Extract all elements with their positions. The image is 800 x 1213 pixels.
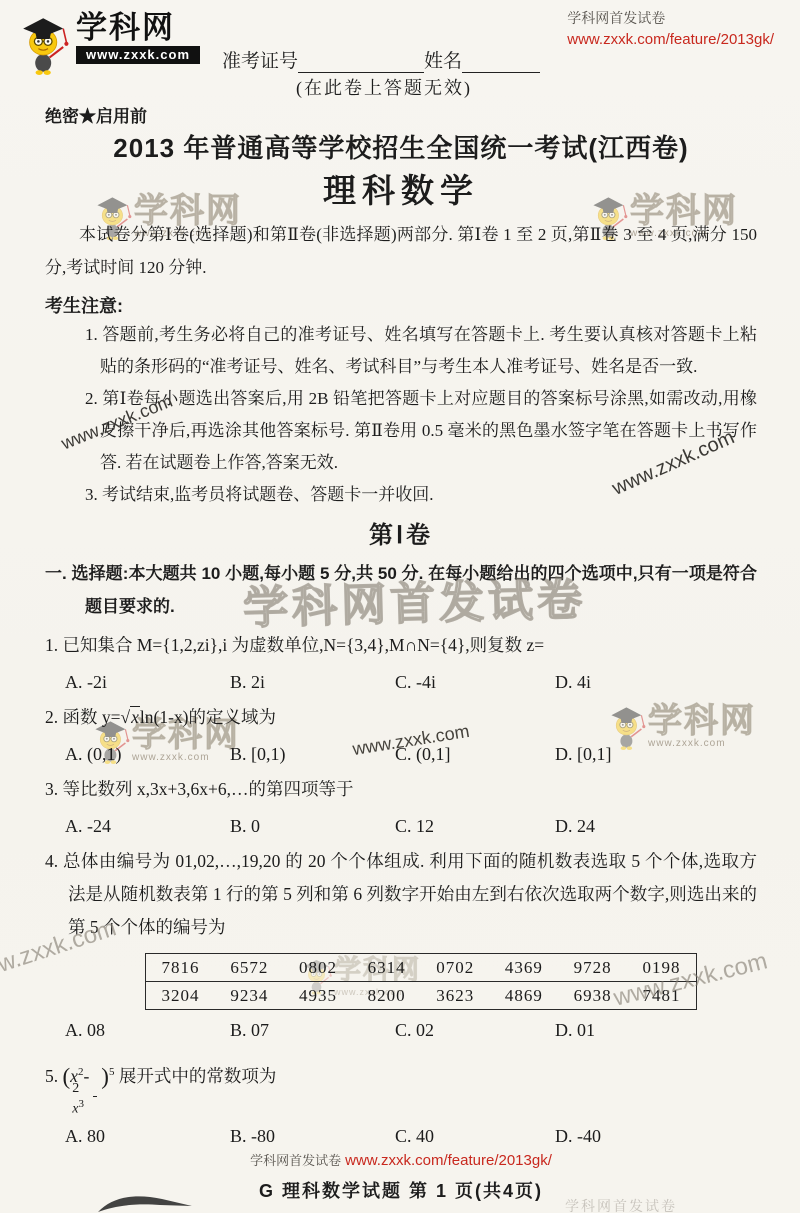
question-1-option-d: D. 4i (555, 669, 757, 695)
subject-title: 理科数学 (45, 172, 757, 210)
logo-site-text: www.zxxk.com (76, 46, 200, 64)
question-2-text-tail: ln(1-x)的定义域为 (140, 707, 276, 727)
zxxk-mascot-icon (16, 6, 72, 80)
cut-off-mascot-cap-icon (96, 1193, 206, 1213)
name-label: 姓名 (424, 51, 462, 72)
question-5-stem: 5. (x2-2x3)5 展开式中的常数项为 (45, 1049, 757, 1116)
table-cell: 6938 (558, 982, 627, 1010)
secrecy-label: 绝密★启用前 (45, 106, 757, 127)
zxxk-logo: 学科网 www.zxxk.com (16, 6, 200, 80)
table-cell: 4935 (284, 982, 353, 1010)
footer-release-label: 学科网首发试卷 (250, 1153, 341, 1168)
question-1-options: A. -2i B. 2i C. -4i D. 4i (45, 669, 757, 695)
question-4-option-c: C. 02 (395, 1017, 555, 1043)
table-cell: 9728 (558, 954, 627, 982)
question-3-option-c: C. 12 (395, 813, 555, 839)
table-cell: 4369 (490, 954, 559, 982)
question-5-option-d: D. -40 (555, 1123, 757, 1149)
question-2: 2. 函数 y=√xln(1-x)的定义域为 A. (0,1) B. [0,1)… (45, 701, 757, 767)
footer-release-url: www.zxxk.com/feature/2013gk/ (345, 1152, 552, 1169)
question-3-option-a: A. -24 (65, 813, 230, 839)
table-cell: 6314 (352, 954, 421, 982)
paper-body: 绝密★启用前 2013 年普通高等学校招生全国统一考试(江西卷) 理科数学 本试… (45, 106, 757, 1203)
invalid-answer-note: (在此卷上答题无效) (296, 74, 472, 100)
sqrt-argument: x (130, 706, 140, 727)
fraction: 2x3 (91, 1081, 99, 1117)
question-1-option-b: B. 2i (230, 669, 395, 695)
table-cell: 4869 (490, 982, 559, 1010)
table-cell: 0802 (284, 954, 353, 982)
candidate-line: 准考证号姓名 (222, 46, 540, 73)
question-3-stem: 3. 等比数列 x,3x+3,6x+6,…的第四项等于 (45, 773, 757, 806)
question-2-option-a: A. (0,1) (65, 741, 230, 767)
right-paren: ) (101, 1064, 109, 1089)
table-cell: 0702 (421, 954, 490, 982)
table-cell: 7481 (627, 982, 697, 1010)
question-5-option-b: B. -80 (230, 1123, 395, 1149)
question-1-option-c: C. -4i (395, 669, 555, 695)
question-5-option-c: C. 40 (395, 1123, 555, 1149)
footer-release-line: 学科网首发试卷 www.zxxk.com/feature/2013gk/ (45, 1151, 757, 1170)
question-4-option-a: A. 08 (65, 1017, 230, 1043)
exam-title: 2013 年普通高等学校招生全国统一考试(江西卷) (45, 132, 757, 165)
paper-structure-intro: 本试卷分第Ⅰ卷(选择题)和第Ⅱ卷(非选择题)两部分. 第Ⅰ卷 1 至 2 页,第… (45, 218, 757, 284)
table-cell: 3623 (421, 982, 490, 1010)
question-1-stem: 1. 已知集合 M={1,2,zi},i 为虚数单位,N={3,4},M∩N={… (45, 629, 757, 662)
examinee-notes-heading: 考生注意: (45, 293, 757, 319)
question-4-option-b: B. 07 (230, 1017, 395, 1043)
question-4-options: A. 08 B. 07 C. 02 D. 01 (45, 1017, 757, 1043)
exam-paper-page: 学科网 www.zxxk.com 学科网 www.zxxk.com 学科网 ww… (0, 0, 800, 1213)
question-1: 1. 已知集合 M={1,2,zi},i 为虚数单位,N={3,4},M∩N={… (45, 629, 757, 695)
question-1-option-a: A. -2i (65, 669, 230, 695)
question-3-option-d: D. 24 (555, 813, 757, 839)
table-row: 3204 9234 4935 8200 3623 4869 6938 7481 (146, 982, 697, 1010)
name-blank (462, 54, 540, 73)
question-3: 3. 等比数列 x,3x+3,6x+6,…的第四项等于 A. -24 B. 0 … (45, 773, 757, 839)
note-item-1: 1. 答题前,考生务必将自己的准考证号、姓名填写在答题卡上. 考生要认真核对答题… (45, 319, 757, 383)
random-number-table: 7816 6572 0802 6314 0702 4369 9728 0198 … (145, 953, 697, 1010)
question-2-option-c: C. (0,1] (395, 741, 555, 767)
question-4: 4. 总体由编号为 01,02,…,19,20 的 20 个个体组成. 利用下面… (45, 845, 757, 1043)
release-info: 学科网首发试卷 www.zxxk.com/feature/2013gk/ (567, 8, 774, 50)
table-cell: 3204 (146, 982, 216, 1010)
question-3-options: A. -24 B. 0 C. 12 D. 24 (45, 813, 757, 839)
fraction-denominator-exponent: 3 (79, 1098, 85, 1110)
table-cell: 6572 (215, 954, 284, 982)
question-2-option-b: B. [0,1) (230, 741, 395, 767)
fraction-numerator: 2 (91, 1081, 99, 1096)
multiple-choice-instructions: 一. 选择题:本大题共 10 小题,每小题 5 分,共 50 分. 在每小题给出… (45, 557, 757, 623)
question-4-option-d: D. 01 (555, 1017, 757, 1043)
ticket-number-blank (298, 54, 424, 73)
release-label: 学科网首发试卷 (567, 8, 774, 29)
ticket-number-label: 准考证号 (222, 51, 298, 72)
question-5-number: 5. (45, 1066, 58, 1086)
table-row: 7816 6572 0802 6314 0702 4369 9728 0198 (146, 954, 697, 982)
fraction-denominator: x3 (93, 1096, 97, 1117)
question-2-option-d: D. [0,1] (555, 741, 757, 767)
logo-brand-text: 学科网 (76, 12, 200, 44)
table-cell: 8200 (352, 982, 421, 1010)
question-3-option-b: B. 0 (230, 813, 395, 839)
question-2-text: 2. 函数 y= (45, 707, 121, 727)
table-cell: 0198 (627, 954, 697, 982)
question-5-options: A. 80 B. -80 C. 40 D. -40 (45, 1123, 757, 1149)
sqrt-expression: √x (121, 706, 140, 727)
question-2-stem: 2. 函数 y=√xln(1-x)的定义域为 (45, 701, 757, 734)
release-url: www.zxxk.com/feature/2013gk/ (567, 29, 774, 50)
volume-1-title: 第Ⅰ卷 (45, 521, 757, 551)
question-5-option-a: A. 80 (65, 1123, 230, 1149)
question-5-text-tail: 展开式中的常数项为 (114, 1066, 276, 1086)
minus-operator: - (83, 1066, 89, 1086)
question-5: 5. (x2-2x3)5 展开式中的常数项为 A. 80 B. -80 C. 4… (45, 1049, 757, 1149)
note-item-3: 3. 考试结束,监考员将试题卷、答题卡一并收回. (45, 479, 757, 511)
table-cell: 9234 (215, 982, 284, 1010)
table-cell: 7816 (146, 954, 216, 982)
question-2-options: A. (0,1) B. [0,1) C. (0,1] D. [0,1] (45, 741, 757, 767)
question-4-stem: 4. 总体由编号为 01,02,…,19,20 的 20 个个体组成. 利用下面… (45, 845, 757, 944)
note-item-2: 2. 第Ⅰ卷每小题选出答案后,用 2B 铅笔把答题卡上对应题目的答案标号涂黑,如… (45, 383, 757, 479)
